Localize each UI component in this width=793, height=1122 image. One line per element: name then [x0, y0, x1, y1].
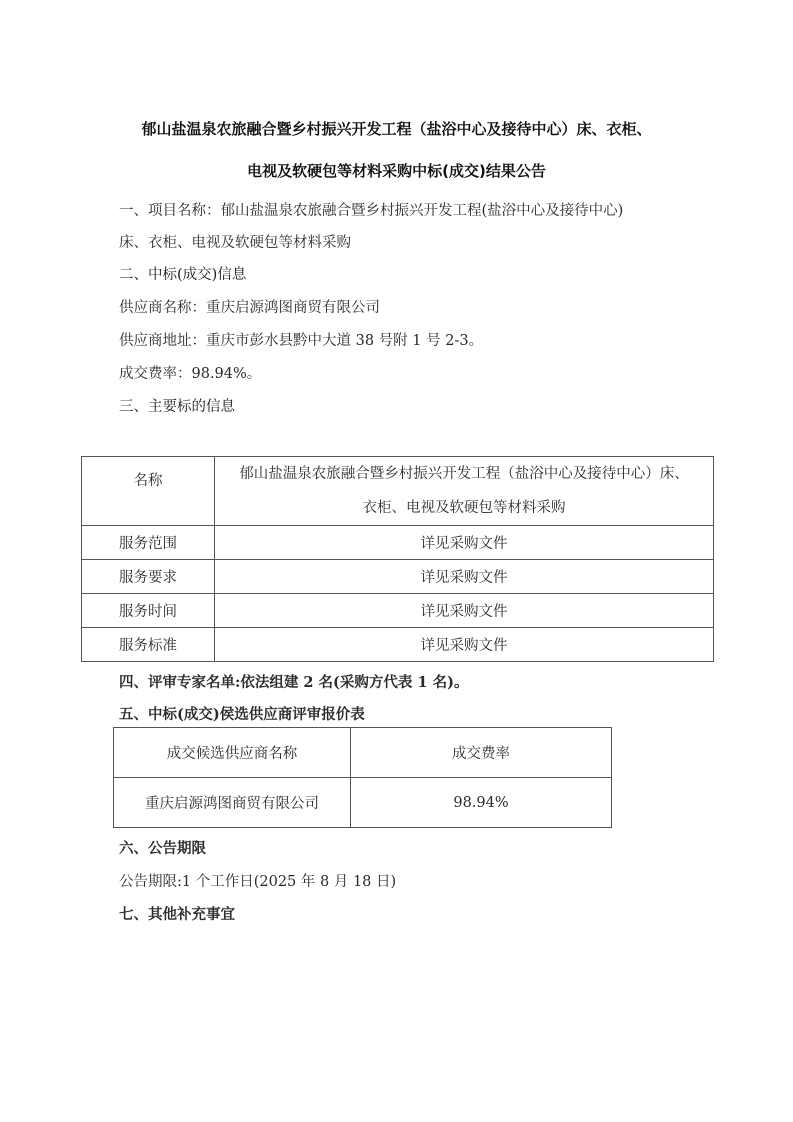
table-cell-rate: 98.94%: [351, 778, 612, 828]
section-7-heading: 七、其他补充事宜: [119, 905, 235, 925]
announcement-period: 公告期限:1 个工作日(2025 年 8 月 18 日): [119, 872, 396, 892]
name-value-line-2: 衣柜、电视及软硬包等材料采购: [215, 491, 713, 525]
table-cell-value: 详见采购文件: [215, 594, 714, 628]
main-subject-table: 名称 郁山盐温泉农旅融合暨乡村振兴开发工程（盐浴中心及接待中心）床、 衣柜、电视…: [81, 456, 714, 662]
table-row: 服务时间 详见采购文件: [82, 594, 714, 628]
project-name-line-1: 一、项目名称：郁山盐温泉农旅融合暨乡村振兴开发工程(盐浴中心及接待中心): [119, 201, 623, 221]
document-title-line-2: 电视及软硬包等材料采购中标(成交)结果公告: [0, 160, 793, 181]
name-value-line-1: 郁山盐温泉农旅融合暨乡村振兴开发工程（盐浴中心及接待中心）床、: [215, 457, 713, 491]
table-cell-name-label: 名称: [82, 457, 215, 526]
project-name-line-2: 床、衣柜、电视及软硬包等材料采购: [119, 233, 351, 253]
table-header-rate: 成交费率: [351, 728, 612, 778]
section-3-heading: 三、主要标的信息: [119, 397, 235, 417]
document-page: 郁山盐温泉农旅融合暨乡村振兴开发工程（盐浴中心及接待中心）床、衣柜、 电视及软硬…: [0, 0, 793, 1122]
table-cell-label: 服务要求: [82, 560, 215, 594]
table-header-supplier: 成交候选供应商名称: [114, 728, 351, 778]
section-5-heading: 五、中标(成交)侯选供应商评审报价表: [119, 705, 365, 725]
supplier-address: 供应商地址：重庆市彭水县黔中大道 38 号附 1 号 2-3。: [119, 331, 483, 351]
table-cell-value: 详见采购文件: [215, 526, 714, 560]
supplier-name: 供应商名称：重庆启源鸿图商贸有限公司: [119, 298, 380, 318]
table-cell-name-value: 郁山盐温泉农旅融合暨乡村振兴开发工程（盐浴中心及接待中心）床、 衣柜、电视及软硬…: [215, 457, 714, 526]
table-row: 名称 郁山盐温泉农旅融合暨乡村振兴开发工程（盐浴中心及接待中心）床、 衣柜、电视…: [82, 457, 714, 526]
table-cell-label: 服务时间: [82, 594, 215, 628]
section-4-expert-list: 四、评审专家名单:依法组建 2 名(采购方代表 1 名)。: [119, 673, 468, 693]
table-cell-label: 服务范围: [82, 526, 215, 560]
table-cell-label: 服务标准: [82, 628, 215, 662]
document-title-line-1: 郁山盐温泉农旅融合暨乡村振兴开发工程（盐浴中心及接待中心）床、衣柜、: [0, 118, 793, 139]
table-row: 服务要求 详见采购文件: [82, 560, 714, 594]
table-cell-value: 详见采购文件: [215, 560, 714, 594]
table-cell-value: 详见采购文件: [215, 628, 714, 662]
transaction-rate: 成交费率：98.94%。: [119, 364, 261, 384]
table-cell-supplier: 重庆启源鸿图商贸有限公司: [114, 778, 351, 828]
candidate-quote-table: 成交候选供应商名称 成交费率 重庆启源鸿图商贸有限公司 98.94%: [113, 727, 612, 828]
section-2-heading: 二、中标(成交)信息: [119, 265, 246, 285]
table-row: 服务范围 详见采购文件: [82, 526, 714, 560]
section-6-heading: 六、公告期限: [119, 839, 206, 859]
table-header-row: 成交候选供应商名称 成交费率: [114, 728, 612, 778]
table-row: 重庆启源鸿图商贸有限公司 98.94%: [114, 778, 612, 828]
table-row: 服务标准 详见采购文件: [82, 628, 714, 662]
